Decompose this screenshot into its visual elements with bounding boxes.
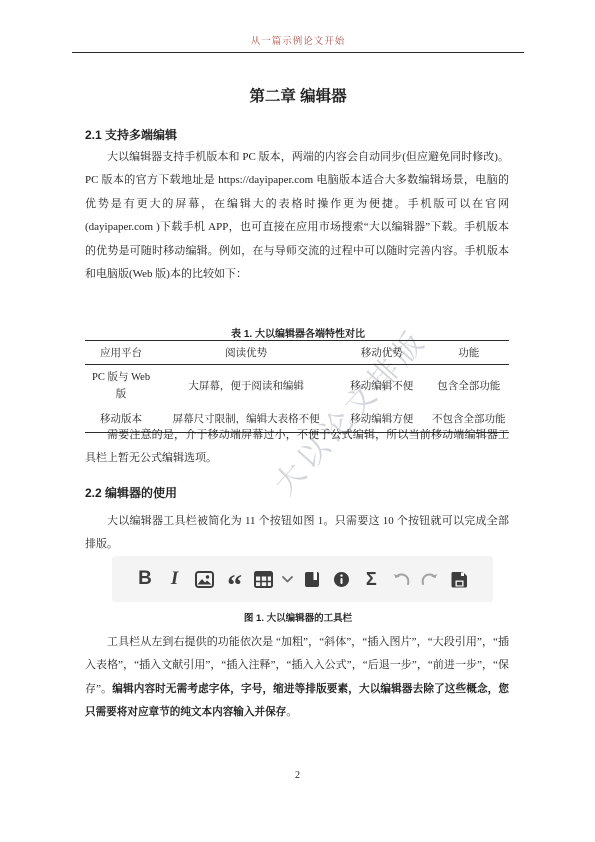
col-header-reading: 阅读优势	[157, 341, 335, 365]
section-heading-2-2: 2.2 编辑器的使用	[85, 484, 177, 501]
cell-mobility: 移动编辑不便	[335, 365, 428, 408]
chapter-title: 第二章 编辑器	[72, 84, 524, 106]
paragraph-multi-device: 大以编辑器支持手机版本和 PC 版本，两端的内容会自动同步(但应避免同时修改)。…	[85, 146, 509, 286]
paragraph-toolbar-intro: 大以编辑器工具栏被简化为 11 个按钮如图 1。只需要这 10 个按钮就可以完成…	[85, 510, 509, 557]
paragraph-toolbar-functions: 工具栏从左到右提供的功能依次是 “加粗”，“斜体”，“插入图片”，“大段引用”，…	[85, 631, 509, 725]
comparison-table: 应用平台 阅读优势 移动优势 功能 PC 版与 Web 版 大屏幕，便于阅读和编…	[85, 340, 509, 433]
insert-citation-icon	[301, 567, 323, 591]
table-header-row: 应用平台 阅读优势 移动优势 功能	[85, 341, 509, 365]
insert-table-icon	[252, 567, 274, 591]
bold-icon: B	[134, 567, 156, 591]
col-header-platform: 应用平台	[85, 341, 157, 365]
table-row: PC 版与 Web 版 大屏幕，便于阅读和编辑 移动编辑不便 包含全部功能	[85, 365, 509, 408]
italic-icon: I	[164, 567, 186, 591]
table-caption: 表 1. 大以编辑器各端特性对比	[72, 325, 524, 340]
insert-note-icon	[331, 567, 353, 591]
running-header: 从一篇示例论文开始	[72, 33, 524, 47]
redo-icon	[419, 567, 441, 591]
header-rule	[72, 52, 524, 53]
figure-caption: 图 1. 大以编辑器的工具栏	[72, 610, 524, 624]
col-header-mobility: 移动优势	[335, 341, 428, 365]
col-header-function: 功能	[428, 341, 509, 365]
blockquote-icon: “	[223, 560, 245, 598]
undo-icon	[390, 567, 412, 591]
paragraph-formula-note: 需要注意的是，介于移动端屏幕过小，不便于公式编辑，所以当前移动端编辑器工具栏上暂…	[85, 424, 509, 471]
cell-platform: PC 版与 Web 版	[85, 365, 157, 408]
save-icon	[449, 567, 471, 591]
insert-image-icon	[193, 567, 215, 591]
cell-reading: 大屏幕，便于阅读和编辑	[157, 365, 335, 408]
document-page: 大以论文排版 从一篇示例论文开始 第二章 编辑器 2.1 支持多端编辑 大以编辑…	[0, 0, 595, 842]
section-heading-2-1: 2.1 支持多端编辑	[85, 126, 177, 143]
table-dropdown-chevron-icon	[282, 567, 294, 591]
toolbar-figure: B I “ Σ	[112, 556, 493, 602]
paragraph-tail: 。	[286, 706, 297, 718]
insert-formula-icon: Σ	[360, 567, 382, 591]
page-number: 2	[0, 770, 595, 781]
cell-function: 包含全部功能	[428, 365, 509, 408]
